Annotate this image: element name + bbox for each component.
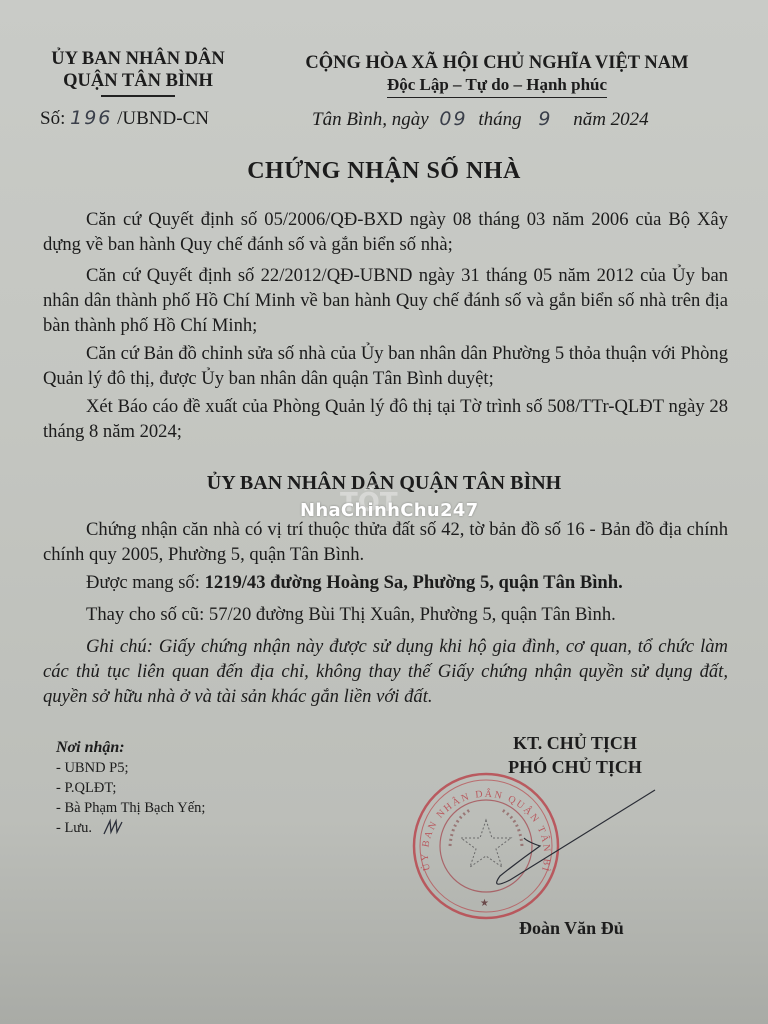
issue-date: Tân Bình, ngày 09 tháng 9 năm 2024 [312,108,649,131]
note-paragraph: Ghi chú: Giấy chứng nhận này được sử dụn… [43,634,728,709]
document-title: CHỨNG NHẬN SỐ NHÀ [0,158,768,185]
national-title: CỘNG HÒA XÃ HỘI CHỦ NGHĨA VIỆT NAM [282,52,712,74]
recipient-item: - P.QLĐT; [56,778,316,798]
signature-icon [480,780,660,900]
recipient-item: - UBND P5; [56,758,316,778]
recipients-label: Nơi nhận: [56,738,316,758]
recipient-item: - Bà Phạm Thị Bạch Yến; [56,798,316,818]
date-day: 09 [439,108,467,130]
recipients-block: Nơi nhận: - UBND P5; - P.QLĐT; - Bà Phạm… [56,738,316,838]
issuing-authority: ỦY BAN NHÂN DÂN QUẬN TÂN BÌNH [28,48,248,97]
new-house-number: Được mang số: 1219/43 đường Hoàng Sa, Ph… [43,570,728,595]
basis-paragraph-1: Căn cứ Quyết định số 05/2006/QĐ-BXD ngày… [43,207,728,257]
number-prefix: Số: [40,108,65,129]
date-year: năm 2024 [573,109,648,130]
national-motto: Độc Lập – Tự do – Hạnh phúc [387,74,607,98]
authority-line2: QUẬN TÂN BÌNH [28,70,248,92]
document-page: ỦY BAN NHÂN DÂN QUẬN TÂN BÌNH Số: 196 /U… [0,0,768,1024]
basis-paragraph-4: Xét Báo cáo đề xuất của Phòng Quản lý đô… [43,394,728,444]
initials-scribble-icon [102,818,128,836]
new-address: 1219/43 đường Hoàng Sa, Phường 5, quận T… [205,572,623,593]
date-month-label: tháng [478,109,521,130]
document-number: Số: 196 /UBND-CN [40,107,209,130]
basis-paragraph-2: Căn cứ Quyết định số 22/2012/QĐ-UBND ngà… [43,263,728,338]
signature-title-line1: KT. CHỦ TỊCH [470,731,680,755]
signer-name: Đoàn Văn Đủ [519,918,624,939]
authority-line1: ỦY BAN NHÂN DÂN [28,48,248,70]
old-house-number: Thay cho số cũ: 57/20 đường Bùi Thị Xuân… [43,602,728,627]
authority-underline [101,95,175,97]
old-address: 57/20 đường Bùi Thị Xuân, Phường 5, quận… [209,604,616,625]
certification-location: Chứng nhận căn nhà có vị trí thuộc thửa … [43,517,728,567]
national-header: CỘNG HÒA XÃ HỘI CHỦ NGHĨA VIỆT NAM Độc L… [282,52,712,98]
recipient-item: - Lưu. [56,818,316,838]
number-suffix: /UBND-CN [117,108,209,129]
date-prefix: Tân Bình, ngày [312,109,429,130]
date-month: 9 [538,108,552,130]
basis-paragraph-3: Căn cứ Bản đồ chỉnh sửa số nhà của Ủy ba… [43,341,728,391]
number-handwritten: 196 [70,107,112,129]
